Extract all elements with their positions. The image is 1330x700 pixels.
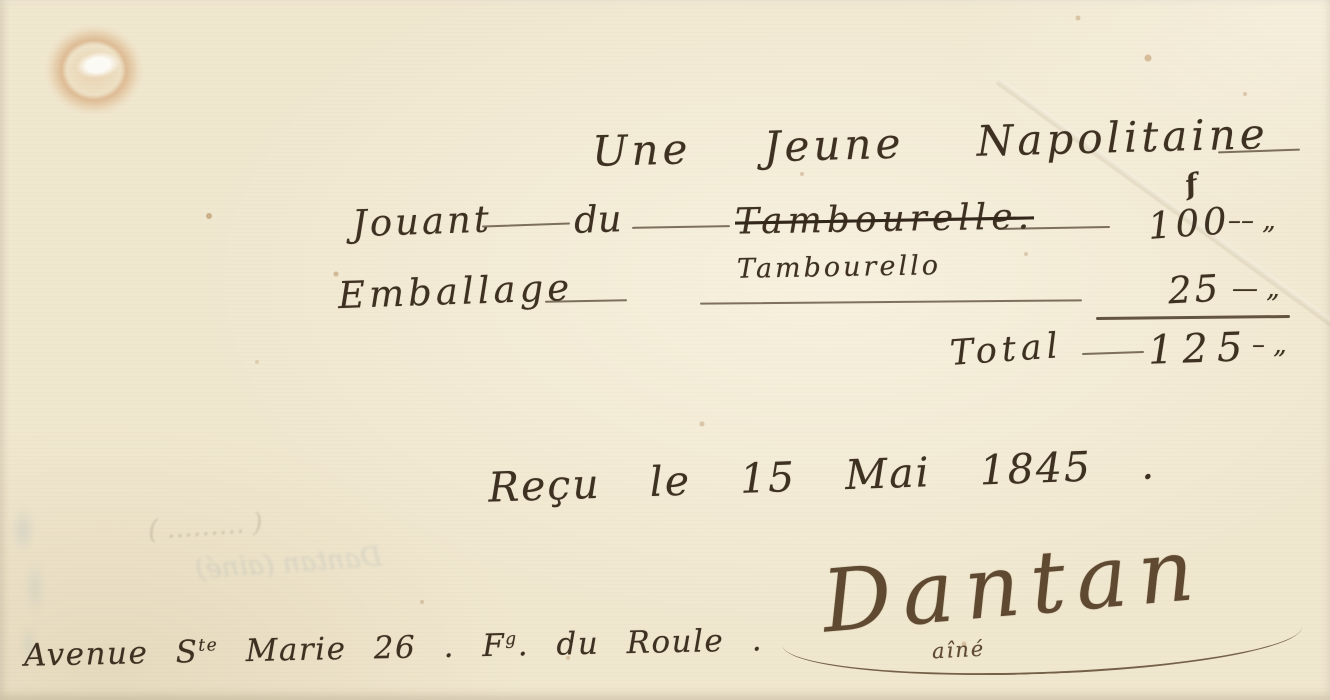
item1-amount: 100 [1147, 199, 1232, 248]
item1-label-jouant: Jouant [351, 198, 492, 246]
signature-qualifier: aîné [931, 637, 985, 664]
foxing-spots [0, 0, 4, 4]
show-through-text: Dantan (ainé) [194, 542, 383, 586]
item1-correction-tambourello: Tambourello [737, 250, 941, 285]
item1-connector-line-2 [632, 225, 730, 228]
address-line: Avenue Ste Marie 26 . Fg. du Roule . [24, 622, 764, 673]
item1-amount-suffix: –– „ [1228, 206, 1276, 236]
address-superscript-g: g [505, 629, 518, 649]
receipt-document: ( ……… ) Dantan (ainé) Une Jeune Napolita… [0, 0, 1330, 700]
total-rule [1096, 315, 1290, 320]
address-part-1: Avenue S [24, 634, 199, 674]
franc-symbol: f [1182, 167, 1201, 202]
item2-amount-suffix: — „ [1232, 274, 1280, 304]
receipt-title: Une Jeune Napolitaine [591, 109, 1269, 176]
address-part-3: . du Roule . [517, 622, 763, 663]
total-label: Total [949, 326, 1064, 374]
item2-connector-line-2 [700, 299, 1082, 304]
item1-struck-word-tambourelle: Tambourelle. [735, 196, 1035, 242]
item2-amount: 25 [1167, 267, 1222, 313]
address-superscript-te: te [198, 635, 218, 655]
item2-label-emballage: Emballage [337, 266, 574, 317]
total-amount: 125 [1147, 324, 1252, 374]
item2-connector-line-1 [545, 299, 627, 302]
date-line: Reçu le 15 Mai 1845 . [487, 440, 1156, 511]
total-amount-suffix: – „ [1252, 330, 1287, 360]
total-connector-line [1082, 351, 1144, 355]
item1-connector-line-1 [482, 222, 570, 227]
address-part-2: Marie 26 . F [218, 628, 506, 670]
item1-label-du: du [573, 197, 622, 242]
faint-pencil-note: ( ……… ) [147, 508, 264, 546]
